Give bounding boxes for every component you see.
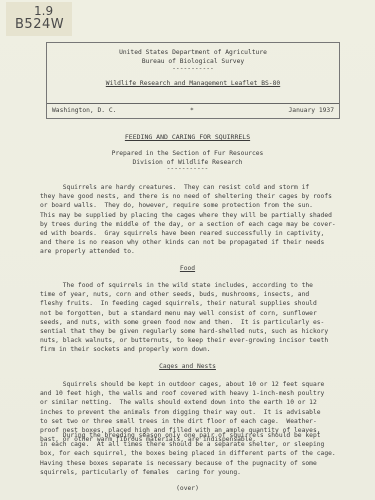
agency-name: United States Department of Agriculture bbox=[47, 49, 339, 56]
page-footer-over: (over) bbox=[0, 485, 375, 492]
heading-food: Food bbox=[0, 265, 375, 272]
place: Washington, D. C. bbox=[52, 107, 116, 114]
call-number-line1: 1.9 bbox=[34, 4, 53, 18]
header-separator: ----------- bbox=[47, 65, 339, 72]
mark: * bbox=[190, 107, 194, 114]
header-divider bbox=[47, 103, 339, 104]
date: January 1937 bbox=[289, 107, 335, 114]
heading-cages: Cages and Nests bbox=[0, 363, 375, 370]
call-number-line2: B524W bbox=[15, 17, 64, 32]
prepared-by-line1: Prepared in the Section of Fur Resources bbox=[0, 150, 375, 157]
bureau-name: Bureau of Biological Survey bbox=[47, 58, 339, 65]
document-title: FEEDING AND CARING FOR SQUIRRELS bbox=[0, 133, 375, 141]
paragraph-intro: Squirrels are hardy creatures. They can … bbox=[40, 183, 340, 257]
series-title: Wildlife Research and Management Leaflet… bbox=[47, 80, 339, 87]
paragraph-food: The food of squirrels in the wild state … bbox=[40, 281, 340, 355]
paragraph-breeding: During the breeding season only one pair… bbox=[40, 431, 340, 477]
document-page: 1.9 B524W United States Department of Ag… bbox=[0, 0, 375, 500]
header-box: United States Department of Agriculture … bbox=[46, 42, 340, 119]
title-separator: ----------- bbox=[0, 165, 375, 172]
call-number-label: 1.9 B524W bbox=[6, 2, 72, 36]
